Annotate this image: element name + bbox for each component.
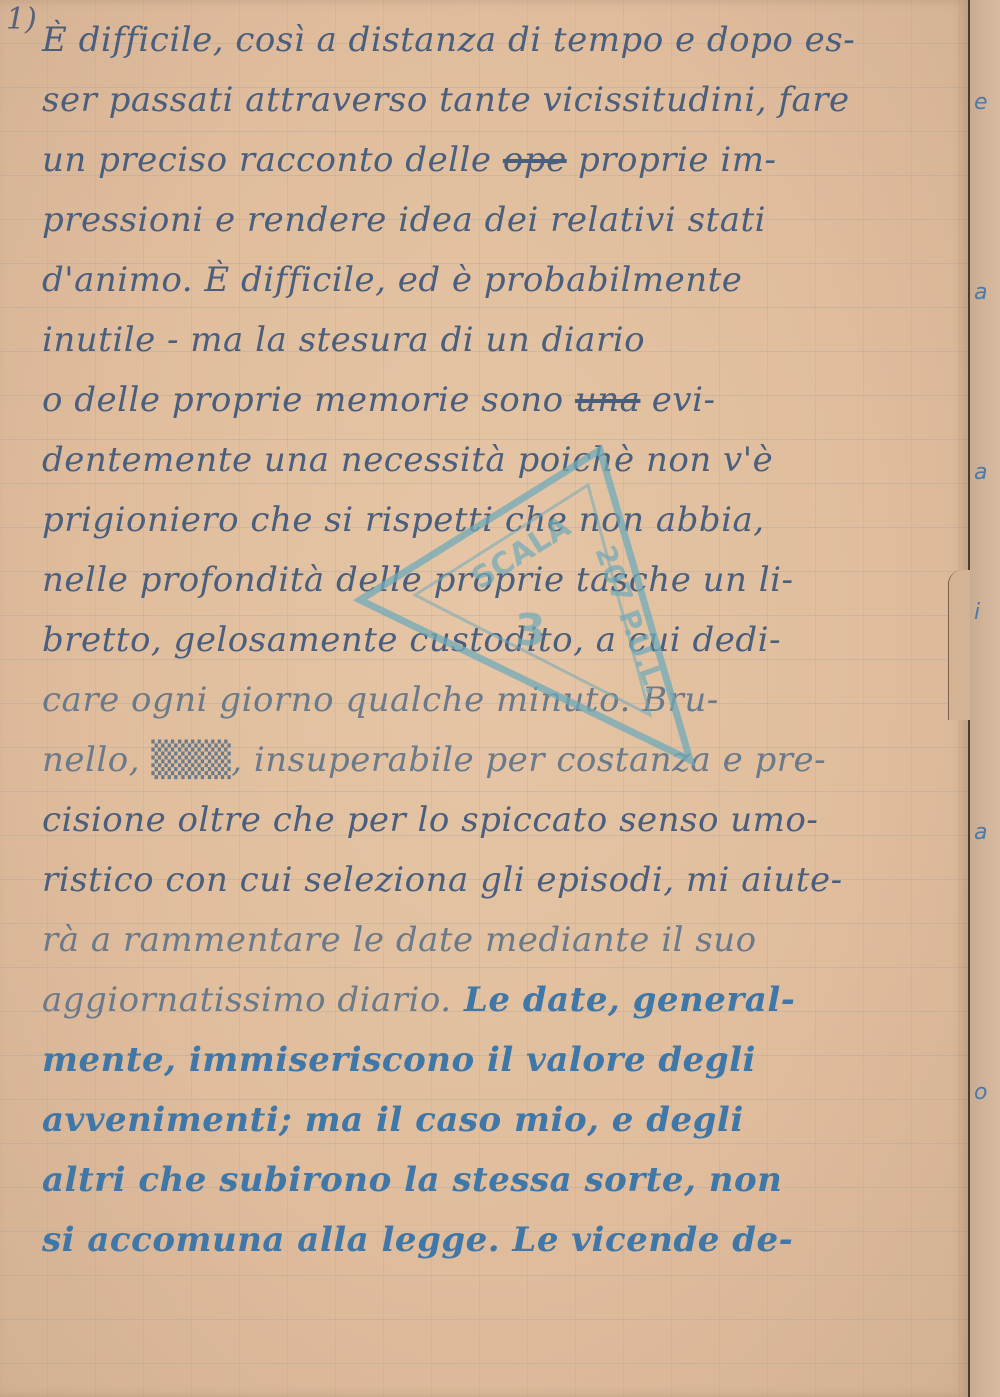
text-line: mente, immiseriscono il valore degli xyxy=(42,1030,962,1090)
text-line: si accomuna alla legge. Le vicende de- xyxy=(42,1210,962,1270)
struck-word: ope xyxy=(503,140,567,180)
text-line: nelle profondità delle proprie tasche un… xyxy=(42,550,962,610)
text-line: bretto, gelosamente custodito, a cui ded… xyxy=(42,610,962,670)
handwritten-text: È difficile, così a distanza di tempo e … xyxy=(42,10,962,1270)
text-line: care ogni giorno qualche minuto. Bru- xyxy=(42,670,962,730)
text-line: altri che subirono la stessa sorte, non xyxy=(42,1150,962,1210)
text-line: È difficile, così a distanza di tempo e … xyxy=(42,10,962,70)
page-number: 1) xyxy=(6,2,37,37)
text-line: ristico con cui seleziona gli episodi, m… xyxy=(42,850,962,910)
adjacent-text-fragment: a xyxy=(974,280,987,305)
text-line: d'animo. È difficile, ed è probabilmente xyxy=(42,250,962,310)
adjacent-page-edge: e a a i a o xyxy=(970,0,1000,1397)
text-line: o delle proprie memorie sono una evi- xyxy=(42,370,962,430)
line-fragment: proprie im- xyxy=(567,140,777,180)
text-line: pressioni e rendere idea dei relativi st… xyxy=(42,190,962,250)
struck-word: una xyxy=(575,380,641,420)
adjacent-text-fragment: i xyxy=(974,600,980,625)
line-fragment: evi- xyxy=(640,380,715,420)
page-edge-notch xyxy=(948,570,971,720)
notebook-page: 1) È difficile, così a distanza di tempo… xyxy=(0,0,970,1397)
adjacent-text-fragment: o xyxy=(974,1080,987,1105)
text-line: ser passati attraverso tante vicissitudi… xyxy=(42,70,962,130)
line-fragment: un preciso racconto delle xyxy=(42,140,503,180)
line-fragment-blue: Le date, general- xyxy=(452,980,796,1020)
text-line: avvenimenti; ma il caso mio, e degli xyxy=(42,1090,962,1150)
line-fragment: aggiornatissimo diario. xyxy=(42,980,452,1020)
text-line: prigioniero che si rispetti che non abbi… xyxy=(42,490,962,550)
text-line: cisione oltre che per lo spiccato senso … xyxy=(42,790,962,850)
text-line: rà a rammentare le date mediante il suo xyxy=(42,910,962,970)
text-line: dentemente una necessità poichè non v'è xyxy=(42,430,962,490)
text-line: un preciso racconto delle ope proprie im… xyxy=(42,130,962,190)
text-line: aggiornatissimo diario. Le date, general… xyxy=(42,970,962,1030)
line-fragment: o delle proprie memorie sono xyxy=(42,380,575,420)
text-line: inutile - ma la stesura di un diario xyxy=(42,310,962,370)
adjacent-text-fragment: a xyxy=(974,820,987,845)
adjacent-text-fragment: a xyxy=(974,460,987,485)
text-line: nello, ▒▒▒, insuperabile per costanza e … xyxy=(42,730,962,790)
adjacent-text-fragment: e xyxy=(974,90,988,115)
